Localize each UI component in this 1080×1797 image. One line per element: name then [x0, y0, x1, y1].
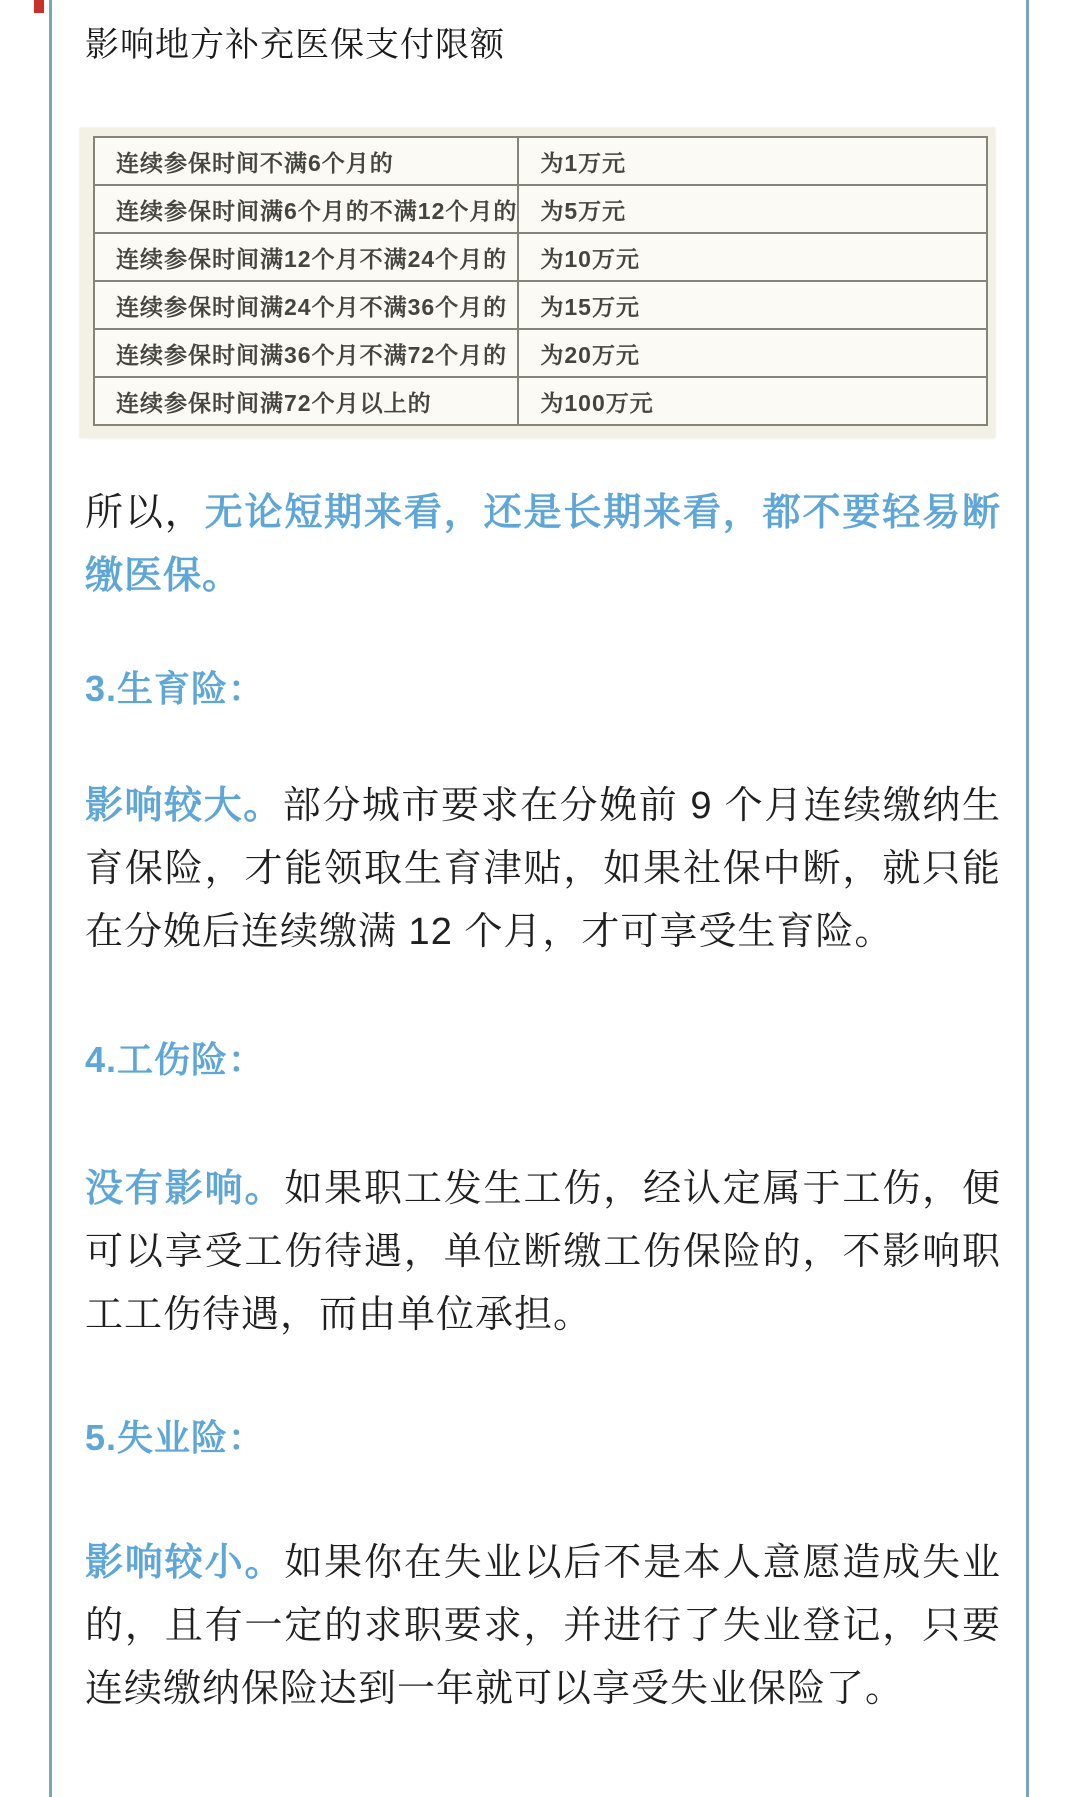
- condition-cell: 连续参保时间满24个月不满36个月的: [94, 281, 518, 329]
- condition-cell: 连续参保时间满6个月的不满12个月的: [94, 185, 518, 233]
- section-lead: 影响较小。: [85, 1542, 284, 1584]
- section-heading-work-injury: 4.工伤险：: [85, 1034, 1001, 1086]
- section-lead: 影响较大。: [85, 785, 283, 827]
- table-row: 连续参保时间满12个月不满24个月的 为10万元: [94, 233, 987, 281]
- limit-cell: 为10万元: [518, 233, 987, 281]
- table-row: 连续参保时间满72个月以上的 为100万元: [94, 377, 987, 425]
- limit-cell: 为20万元: [518, 329, 987, 377]
- limits-table-image: 连续参保时间不满6个月的 为1万元 连续参保时间满6个月的不满12个月的 为5万…: [80, 128, 995, 438]
- article-content: 影响地方补充医保支付限额 连续参保时间不满6个月的 为1万元 连续参保时间满6个…: [85, 0, 1001, 1721]
- red-top-marker: [34, 0, 44, 13]
- condition-cell: 连续参保时间满72个月以上的: [94, 377, 518, 425]
- limit-cell: 为15万元: [518, 281, 987, 329]
- limit-cell: 为5万元: [518, 185, 987, 233]
- section-paragraph-unemployment: 影响较小。如果你在失业以后不是本人意愿造成失业的，且有一定的求职要求，并进行了失…: [85, 1532, 1001, 1721]
- limit-cell: 为100万元: [518, 377, 987, 425]
- limits-table: 连续参保时间不满6个月的 为1万元 连续参保时间满6个月的不满12个月的 为5万…: [93, 136, 988, 426]
- section-paragraph-work-injury: 没有影响。如果职工发生工伤，经认定属于工伤，便可以享受工伤待遇，单位断缴工伤保险…: [85, 1158, 1001, 1347]
- section-heading-maternity: 3.生育险：: [85, 663, 1001, 715]
- condition-cell: 连续参保时间满12个月不满24个月的: [94, 233, 518, 281]
- conclusion-paragraph: 所以，无论短期来看，还是长期来看，都不要轻易断缴医保。: [85, 482, 1001, 608]
- condition-cell: 连续参保时间满36个月不满72个月的: [94, 329, 518, 377]
- table-row: 连续参保时间不满6个月的 为1万元: [94, 137, 987, 185]
- table-row: 连续参保时间满6个月的不满12个月的 为5万元: [94, 185, 987, 233]
- table-row: 连续参保时间满36个月不满72个月的 为20万元: [94, 329, 987, 377]
- table-row: 连续参保时间满24个月不满36个月的 为15万元: [94, 281, 987, 329]
- limit-cell: 为1万元: [518, 137, 987, 185]
- conclusion-prefix: 所以，: [85, 492, 205, 534]
- section-lead: 没有影响。: [85, 1168, 284, 1210]
- left-page-edge-line: [49, 0, 52, 1797]
- section-heading-unemployment: 5.失业险：: [85, 1412, 1001, 1464]
- right-page-edge-line: [1026, 0, 1029, 1797]
- conclusion-emphasis: 无论短期来看，还是长期来看，都不要轻易断缴医保。: [85, 492, 1001, 597]
- page-title: 影响地方补充医保支付限额: [85, 22, 1001, 68]
- condition-cell: 连续参保时间不满6个月的: [94, 137, 518, 185]
- section-paragraph-maternity: 影响较大。部分城市要求在分娩前 9 个月连续缴纳生育保险，才能领取生育津贴，如果…: [85, 775, 1001, 964]
